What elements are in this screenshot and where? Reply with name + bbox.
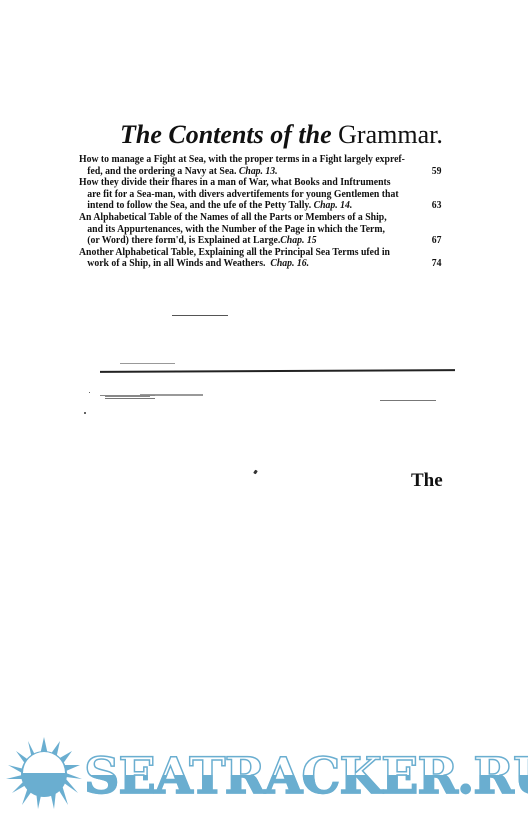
chapter-label: Chap. 16. <box>270 258 309 269</box>
table-of-contents: How to manage a Fight at Sea, with the p… <box>79 154 477 270</box>
toc-entry: Another Alphabetical Table, Explaining a… <box>79 247 477 270</box>
scan-artifact-line <box>100 369 455 372</box>
page-title: The Contents of the Grammar. <box>120 120 480 150</box>
toc-line: (or Word) there form'd, is Explained at … <box>79 235 445 247</box>
ink-speck <box>84 412 86 414</box>
toc-line: How they divide their fhares in a man of… <box>79 177 445 189</box>
watermark-text: SEATRACKER.RU <box>84 750 528 802</box>
toc-line: intend to follow the Sea, and the ufe of… <box>79 200 445 212</box>
toc-line: are fit for a Sea-man, with divers adver… <box>79 189 445 201</box>
catchword: The <box>411 470 443 492</box>
toc-entry: How they divide their fhares in a man of… <box>79 177 477 212</box>
toc-entry: An Alphabetical Table of the Names of al… <box>79 212 477 247</box>
chapter-label: Chap. 14. <box>314 200 353 211</box>
page-number: 74 <box>432 258 442 270</box>
title-part-2: the <box>298 120 331 149</box>
toc-line: work of a Ship, in all Winds and Weather… <box>79 258 445 270</box>
chapter-label: Chap. 15 <box>280 235 316 246</box>
watermark: SEATRACKER.RU <box>0 735 528 810</box>
ink-speck <box>89 392 90 393</box>
scan-artifact-line <box>105 396 150 397</box>
scan-artifact-line <box>172 315 228 316</box>
toc-entry: How to manage a Fight at Sea, with the p… <box>79 154 477 177</box>
toc-line: How to manage a Fight at Sea, with the p… <box>79 154 445 166</box>
scan-artifact-line <box>380 400 436 401</box>
ink-speck <box>253 470 258 475</box>
title-part-3: Grammar. <box>338 120 443 149</box>
scan-artifact-line <box>140 394 203 395</box>
title-part-1: The Contents of <box>120 120 292 149</box>
sun-icon <box>4 735 84 810</box>
toc-line: An Alphabetical Table of the Names of al… <box>79 212 445 224</box>
page-number: 67 <box>432 235 442 247</box>
chapter-label: Chap. 13. <box>239 166 278 177</box>
toc-line: and its Appurtenances, with the Number o… <box>79 224 445 236</box>
page-number: 63 <box>432 200 442 212</box>
scan-artifact-line <box>105 398 155 399</box>
toc-line: Another Alphabetical Table, Explaining a… <box>79 247 445 259</box>
page-number: 59 <box>432 166 442 178</box>
scan-artifact-line <box>120 363 175 364</box>
scanned-page: The Contents of the Grammar. How to mana… <box>0 0 528 816</box>
toc-line: fed, and the ordering a Navy at Sea. Cha… <box>79 166 445 178</box>
